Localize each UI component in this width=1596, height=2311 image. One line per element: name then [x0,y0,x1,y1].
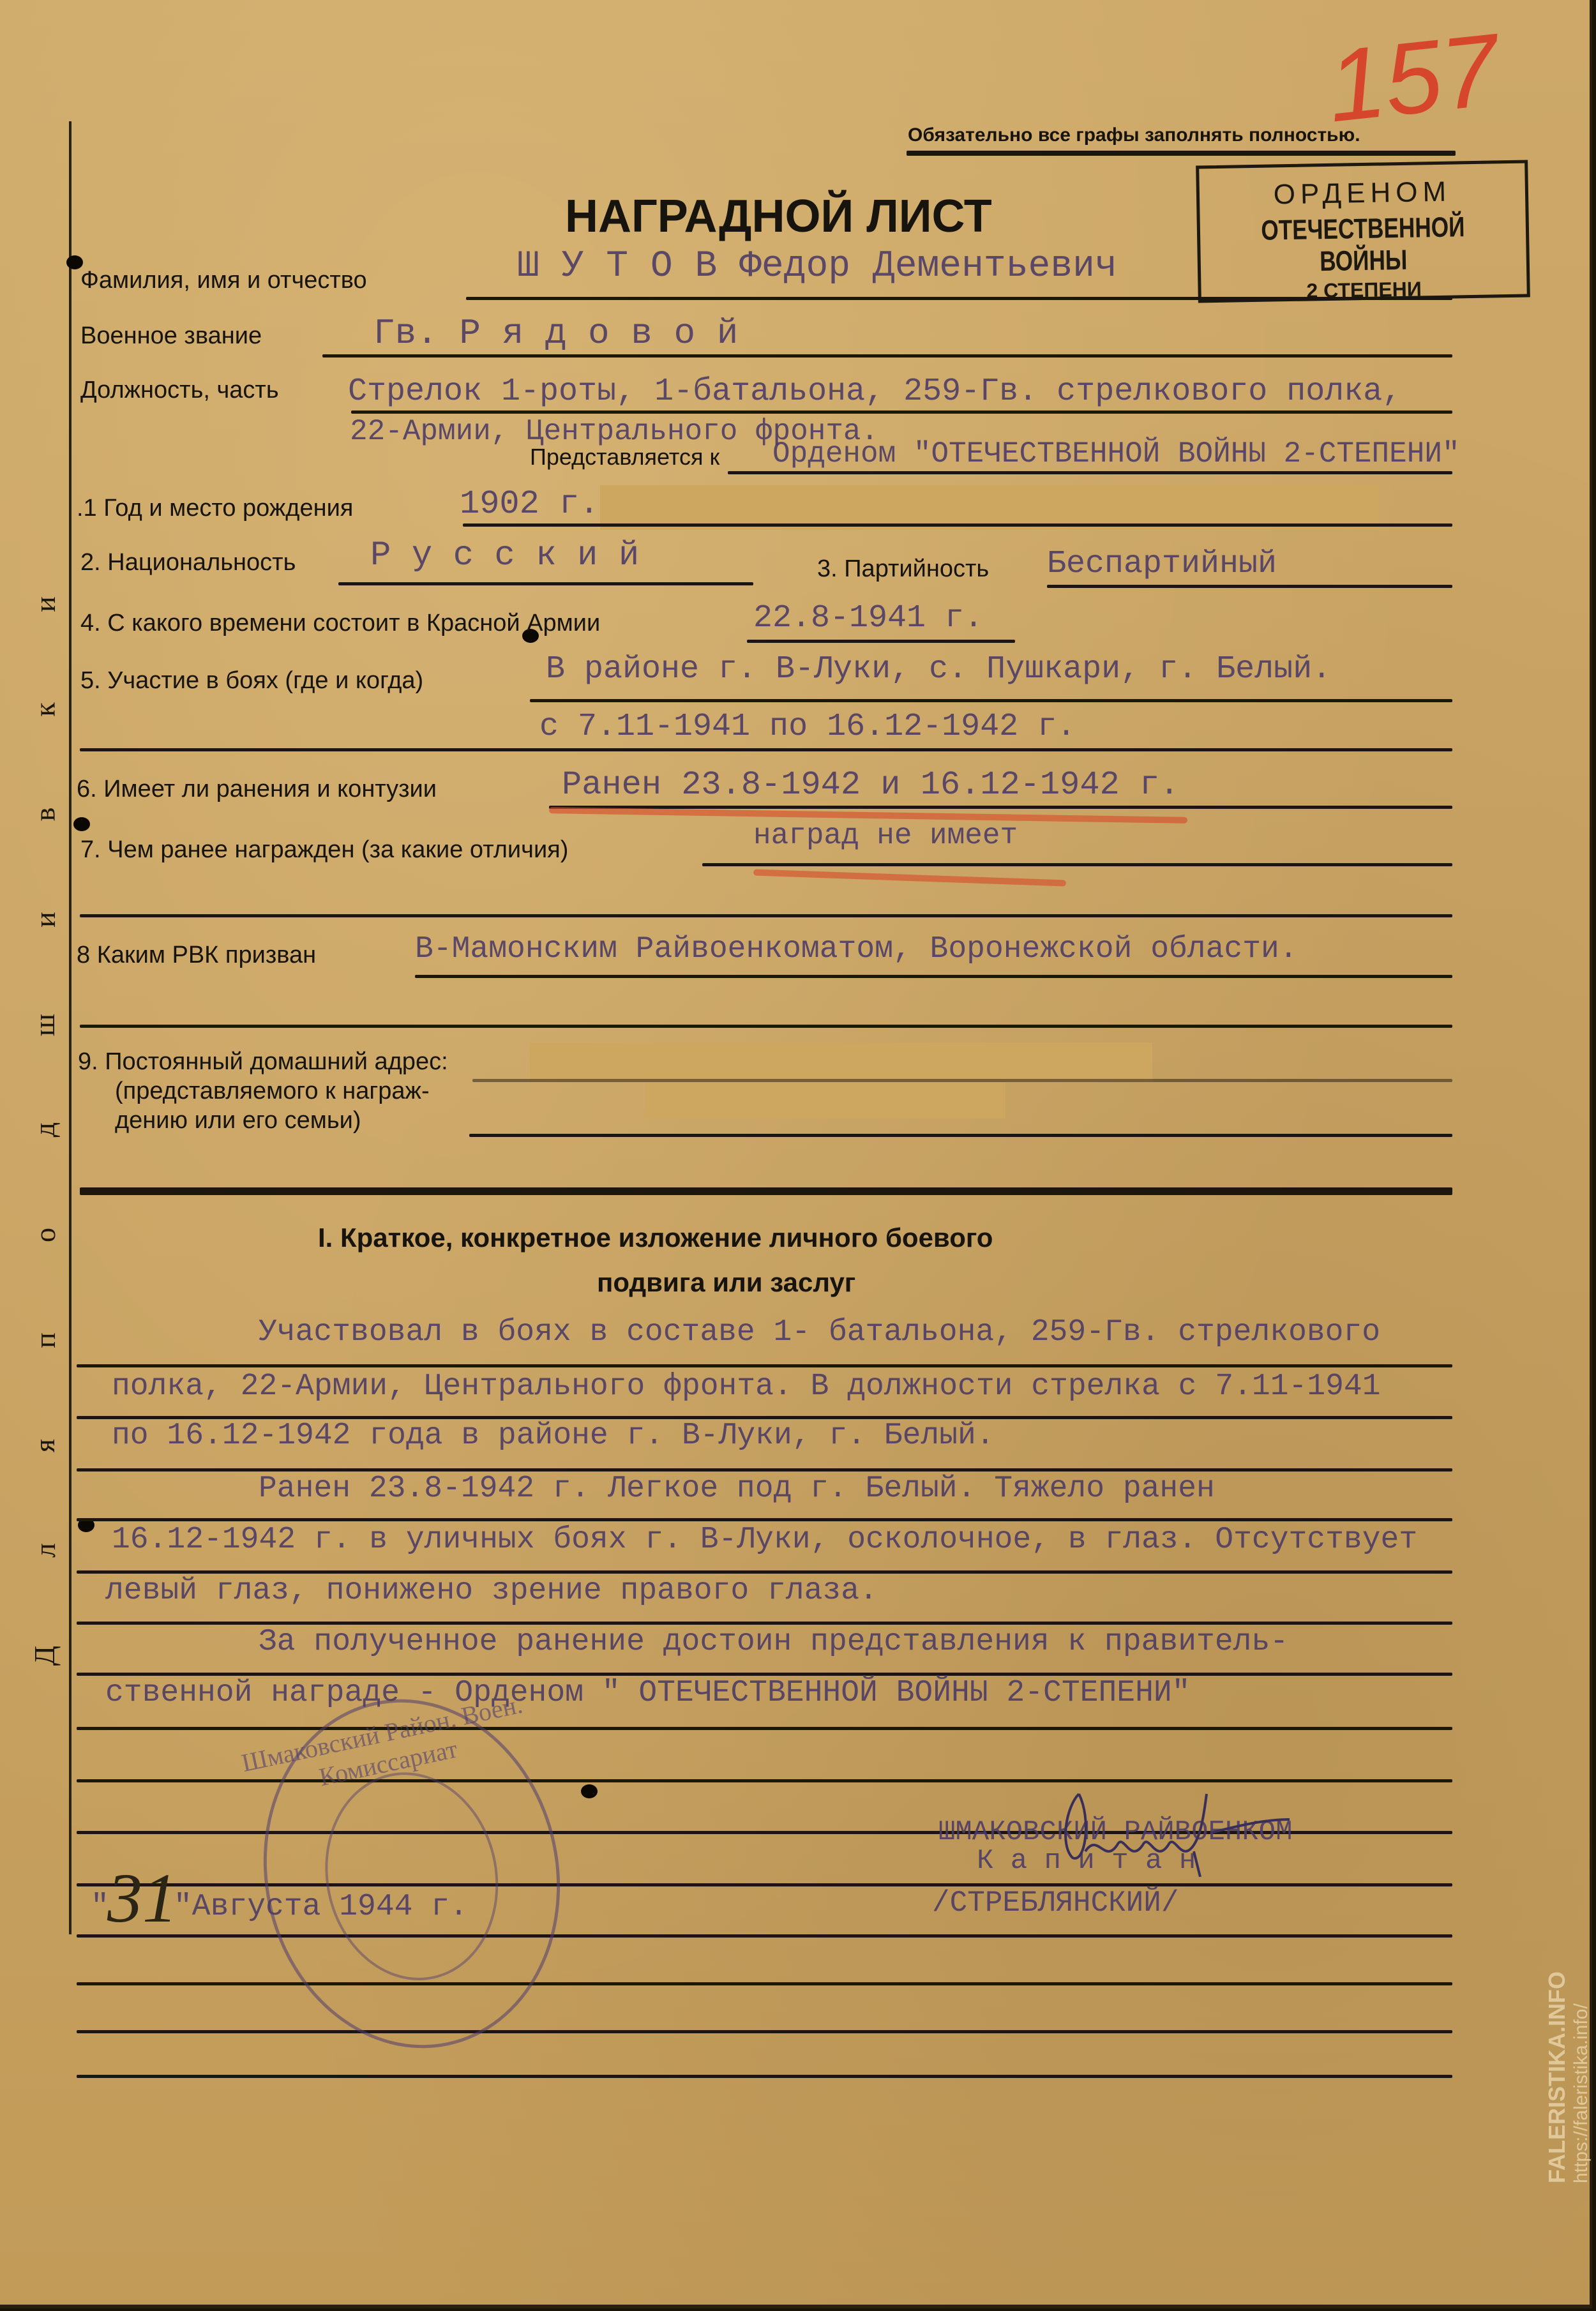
field-underline [77,1518,1452,1521]
narrative-line: ственной награде - Орденом " ОТЕЧЕСТВЕНН… [105,1676,1190,1710]
field-underline [77,1982,1452,1985]
field-underline [1047,585,1452,588]
value-nominated: Орденом "ОТЕЧЕСТВЕННОЙ ВОЙНЫ 2-СТЕПЕНИ" [772,437,1460,470]
field-underline [80,914,1452,917]
field-underline [472,1079,1452,1082]
field-underline [77,1727,1452,1730]
value-birth: 1902 г. [460,485,599,523]
narrative-line: Ранен 23.8-1942 г. Легкое под г. Белый. … [259,1472,1215,1506]
field-underline [466,297,1452,300]
watermark: FALERISTIKA.INFO https://faleristika.inf… [1544,1971,1592,2183]
stamp-line-3: 2 СТЕПЕНИ [1201,276,1527,305]
stamp-line-1: ОРДЕНОМ [1200,175,1526,213]
field-underline [338,582,753,585]
label-wounds: 6. Имеет ли ранения и контузии [77,776,437,803]
value-nationality: Р у с с к и й [370,536,639,575]
value-battles-line2: с 7.11-1941 по 16.12-1942 г. [539,709,1076,745]
narrative-line: по 16.12-1942 года в районе г. В-Луки, г… [112,1419,995,1453]
section-heading-1: I. Краткое, конкретное изложение личного… [318,1223,993,1253]
field-underline [728,471,1452,474]
narrative-line: левый глаз, понижено зрение правого глаз… [105,1574,878,1608]
field-underline [77,2030,1452,2033]
instruction-text: Обязательно все графы заполнять полность… [908,124,1360,146]
label-full-name: Фамилия, имя и отчество [80,267,367,294]
section-heading-2: подвига или заслуг [597,1267,855,1298]
punch-hole [581,1784,598,1798]
signer-name: /СТРЕБЛЯНСКИЙ/ [932,1886,1178,1920]
label-address: 9. Постоянный домашний адрес: (представл… [78,1047,448,1135]
margin-line [69,121,72,1934]
label-rank: Военное звание [80,322,262,350]
label-birth: .1 Год и место рождения [77,495,353,522]
official-seal: Шмаковский Район. Воен. Комиссариат [232,1671,592,2076]
label-rvk: 8 Каким РВК призван [77,942,316,969]
label-position: Должность, часть [80,377,279,404]
label-nominated: Представляется к [530,444,719,470]
redacted-address [645,1079,1005,1118]
field-underline [702,863,1452,866]
field-underline [415,975,1452,978]
section-divider [80,1187,1452,1195]
redacted-address [530,1043,1152,1082]
date-open-quote: " [91,1890,109,1924]
field-underline [80,748,1452,751]
award-sheet: 157 Обязательно все графы заполнять полн… [0,0,1592,2308]
label-nationality: 2. Национальность [80,549,296,576]
value-party: Беспартийный [1047,546,1277,582]
field-underline [77,2075,1452,2078]
narrative-line: полка, 22-Армии, Центрального фронта. В … [112,1369,1381,1404]
value-army-since: 22.8-1941 г. [753,600,983,636]
label-army-since: 4. С какого времени состоит в Красной Ар… [80,610,600,637]
seal-emblem [306,1756,517,1997]
value-rank: Гв. Р я д о в о й [373,313,738,354]
field-underline [549,806,1452,809]
narrative-line: За полученное ранение достоин представле… [259,1625,1288,1659]
date-day-handwritten: 31 [107,1858,177,1939]
field-underline [463,523,1452,527]
value-wounds: Ранен 23.8-1942 и 16.12-1942 г. [562,766,1179,804]
field-underline [77,1364,1452,1367]
field-underline [469,1134,1452,1137]
stamp-line-2: ОТЕЧЕСТВЕННОЙ ВОЙНЫ [1233,211,1494,279]
label-prior-awards: 7. Чем ранее награжден (за какие отличия… [80,836,568,864]
narrative-line: Участвовал в боях в составе 1- батальона… [259,1315,1380,1350]
award-stamp: ОРДЕНОМ ОТЕЧЕСТВЕННОЙ ВОЙНЫ 2 СТЕПЕНИ [1196,160,1530,303]
value-full-name: Ш У Т О В Федор Дементьевич [517,246,1117,287]
label-battles: 5. Участие в боях (где и когда) [80,667,423,695]
value-battles-line1: В районе г. В-Луки, с. Пушкари, г. Белый… [546,651,1331,688]
instruction-underline [907,151,1456,156]
field-underline [322,354,1452,358]
date-month-year: "Августа 1944 г. [174,1890,468,1924]
narrative-line: 16.12-1942 г. в уличных боях г. В-Луки, … [112,1523,1417,1557]
punch-hole [73,817,90,831]
field-underline [530,699,1452,702]
red-pencil-underline [753,869,1066,886]
field-underline [80,1025,1452,1028]
value-position-line1: Стрелок 1-роты, 1-батальона, 259-Гв. стр… [348,373,1401,410]
page-title: НАГРАДНОЙ ЛИСТ [565,190,992,243]
value-rvk: В-Мамонским Райвоенкоматом, Воронежской … [415,932,1298,967]
label-party: 3. Партийность [817,555,989,583]
field-underline [747,640,1015,643]
value-prior-awards: наград не имеет [753,819,1018,852]
handwritten-signature [1060,1781,1302,1877]
field-underline [351,410,1452,414]
margin-vertical-text: Д л я п о д ш и в к и [26,587,64,1673]
